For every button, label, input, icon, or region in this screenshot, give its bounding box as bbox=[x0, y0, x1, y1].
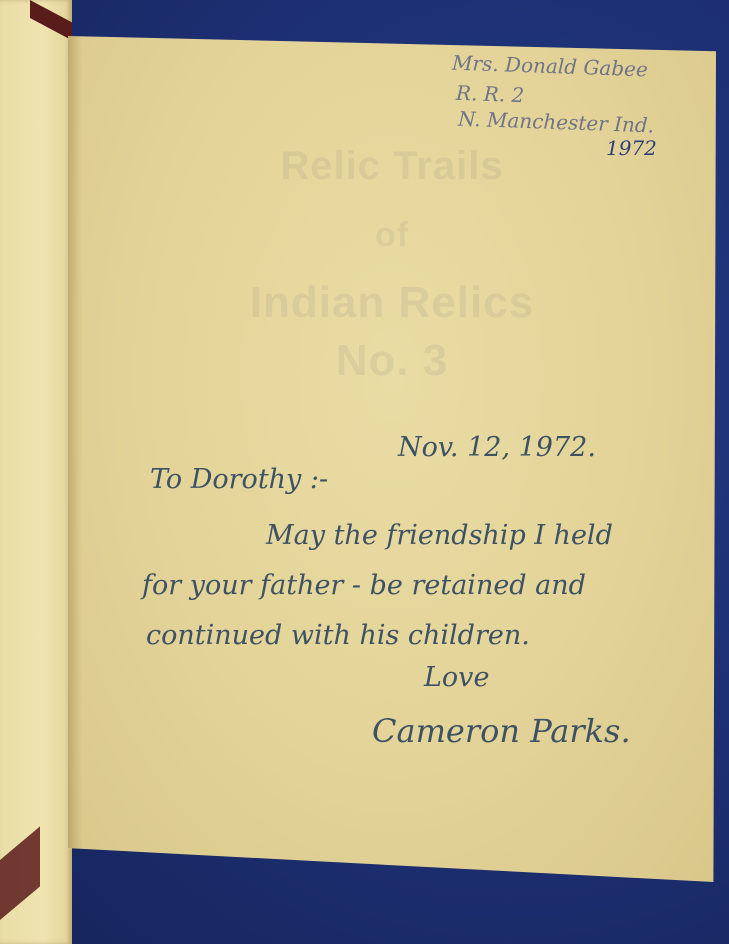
dedication-line3: continued with his children. bbox=[146, 620, 530, 651]
page-gutter-shadow bbox=[68, 36, 82, 848]
dedication-closing: Love bbox=[424, 662, 489, 693]
dedication-date: Nov. 12, 1972. bbox=[398, 432, 596, 463]
dedication-line1: May the friendship I held bbox=[266, 520, 613, 551]
owner-route: R. R. 2 bbox=[456, 81, 525, 107]
ghost-title-line2: of bbox=[68, 216, 716, 255]
dedication-salutation: To Dorothy :- bbox=[150, 464, 328, 495]
dedication-signature: Cameron Parks. bbox=[372, 712, 631, 750]
book-endpaper: Relic Trails of Indian Relics No. 3 bbox=[68, 36, 716, 882]
owner-year: 1972 bbox=[606, 136, 657, 160]
book-cover-edge bbox=[0, 0, 72, 944]
ghost-title-line3: Indian Relics bbox=[68, 278, 716, 328]
ghost-title-line4: No. 3 bbox=[68, 336, 716, 386]
dedication-line2: for your father - be retained and bbox=[142, 570, 586, 601]
